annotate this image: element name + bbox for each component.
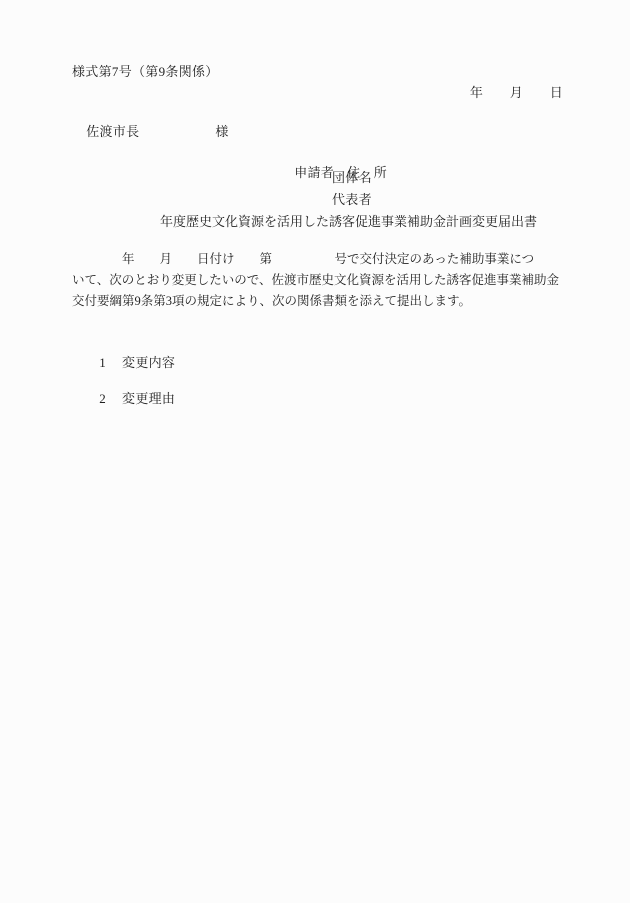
item-change-reason: 2変更理由 (85, 373, 175, 424)
addressee-line: 佐渡市長様 (72, 106, 229, 157)
item-number: 2 (99, 391, 106, 406)
addressee-honorific: 様 (215, 124, 228, 139)
addressee-name: 佐渡市長 (86, 124, 139, 139)
item-label: 変更理由 (122, 391, 175, 406)
form-number: 様式第7号（第9条関係） (72, 63, 219, 80)
body-line: 年 月 日付け 第 号で交付決定のあった補助事業につ (72, 249, 564, 270)
body-paragraph: 年 月 日付け 第 号で交付決定のあった補助事業につ いて、次のとおり変更したい… (72, 249, 564, 312)
item-number: 1 (99, 355, 106, 370)
applicant-representative-label: 代表者 (332, 191, 372, 208)
body-line: 交付要綱第9条第3項の規定により、次の関係書類を添えて提出します。 (72, 291, 564, 312)
date-blank-line: 年 月 日 (470, 84, 563, 101)
document-page: 様式第7号（第9条関係） 年 月 日 佐渡市長様 申請者住 所 団体名 代表者 … (0, 0, 630, 903)
applicant-label: 申請者 (294, 165, 334, 180)
item-label: 変更内容 (122, 355, 175, 370)
body-line: いて、次のとおり変更したいので、佐渡市歴史文化資源を活用した誘客促進事業補助金 (72, 270, 564, 291)
document-title: 年度歴史文化資源を活用した誘客促進事業補助金計画変更届出書 (160, 213, 537, 230)
applicant-organization-label: 団体名 (332, 169, 372, 186)
